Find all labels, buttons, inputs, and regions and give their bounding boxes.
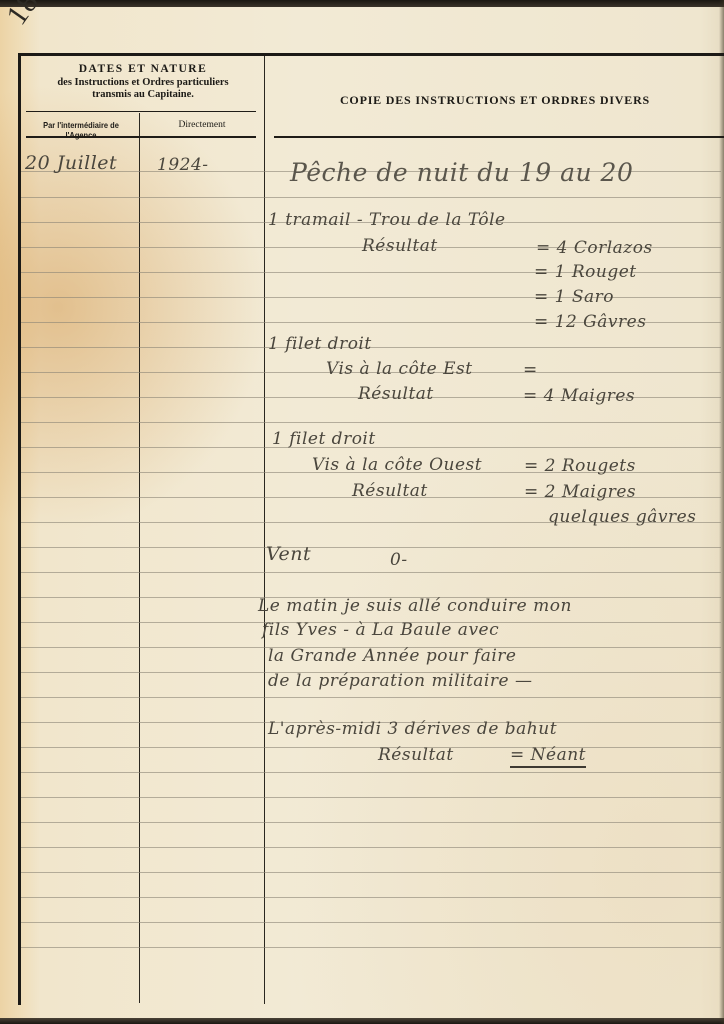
entry-line: 1 filet droit bbox=[272, 429, 376, 449]
result-value: = 12 Gâvres bbox=[534, 312, 646, 332]
header-rule-left bbox=[26, 111, 256, 112]
copy-instructions-header: COPIE DES INSTRUCTIONS ET ORDRES DIVERS bbox=[266, 93, 724, 108]
entry-title: Pêche de nuit du 19 au 20 bbox=[290, 158, 633, 187]
result-value: = 4 Maigres bbox=[523, 386, 635, 406]
divider-dates-copy bbox=[264, 56, 265, 1004]
entry-date-agency: 20 Juillet bbox=[25, 152, 117, 174]
result-value: = bbox=[523, 360, 538, 380]
entry-line: L'après-midi 3 dérives de bahut bbox=[268, 719, 557, 739]
result-label: Résultat bbox=[352, 481, 428, 501]
entry-line: Vis à la côte Ouest bbox=[312, 455, 482, 475]
table-left-border bbox=[18, 53, 21, 1005]
entry-line: 1 tramail - Trou de la Tôle bbox=[268, 210, 506, 230]
ledger-page: 18 DATES ET NATURE des Instructions et O… bbox=[0, 0, 724, 1024]
header-left-subtitle-2: transmis au Capitaine. bbox=[21, 89, 265, 100]
ruled-line bbox=[21, 297, 721, 298]
result-value: = 1 Saro bbox=[534, 287, 614, 307]
ruled-line bbox=[21, 747, 721, 748]
result-value: = 2 Rougets bbox=[524, 456, 636, 476]
entry-date-direct: 1924- bbox=[157, 155, 209, 175]
result-value: quelques gâvres bbox=[548, 507, 696, 527]
result-label: Résultat bbox=[378, 745, 454, 765]
entry-line: Vis à la côte Est bbox=[326, 359, 473, 379]
ledger-table: DATES ET NATURE des Instructions et Ordr… bbox=[18, 53, 724, 1005]
header-left-subtitle-1: des Instructions et Ordres particuliers bbox=[21, 77, 265, 88]
dates-nature-header: DATES ET NATURE des Instructions et Ordr… bbox=[21, 57, 265, 100]
result-label: Résultat bbox=[362, 236, 438, 256]
ruled-line bbox=[21, 922, 721, 923]
header-rule-right bbox=[274, 136, 724, 138]
column-header-agency: Par l'intermédiaire de l'Agence bbox=[28, 120, 134, 140]
ruled-line bbox=[21, 872, 721, 873]
ruled-line bbox=[21, 797, 721, 798]
wind-label: Vent bbox=[266, 543, 311, 565]
ruled-line bbox=[21, 422, 721, 423]
ruled-line bbox=[21, 197, 721, 198]
entry-line: fils Yves - à La Baule avec bbox=[262, 620, 499, 640]
result-value: = 1 Rouget bbox=[534, 262, 637, 282]
ruled-line bbox=[21, 697, 721, 698]
result-label: Résultat bbox=[358, 384, 434, 404]
page-top-edge bbox=[0, 0, 724, 7]
ruled-line bbox=[21, 772, 721, 773]
ruled-line bbox=[21, 947, 721, 948]
table-top-border bbox=[18, 53, 724, 56]
page-number: 18 bbox=[0, 0, 46, 32]
entry-line: Le matin je suis allé conduire mon bbox=[258, 596, 572, 616]
entry-line: 1 filet droit bbox=[268, 334, 372, 354]
result-value: = 4 Corlazos bbox=[536, 238, 653, 258]
ruled-line bbox=[21, 897, 721, 898]
result-value: = 2 Maigres bbox=[524, 482, 636, 502]
page-bottom-edge bbox=[0, 1018, 724, 1024]
ruled-line bbox=[21, 822, 721, 823]
result-value-neant: = Néant bbox=[510, 745, 586, 768]
ruled-line bbox=[21, 572, 721, 573]
wind-value: 0- bbox=[390, 550, 408, 570]
entry-line: la Grande Année pour faire bbox=[268, 646, 516, 666]
ruled-line bbox=[21, 547, 721, 548]
column-header-direct: Directement bbox=[142, 120, 262, 130]
entry-line: de la préparation militaire — bbox=[268, 671, 532, 691]
header-left-title: DATES ET NATURE bbox=[21, 63, 265, 75]
ruled-line bbox=[21, 847, 721, 848]
